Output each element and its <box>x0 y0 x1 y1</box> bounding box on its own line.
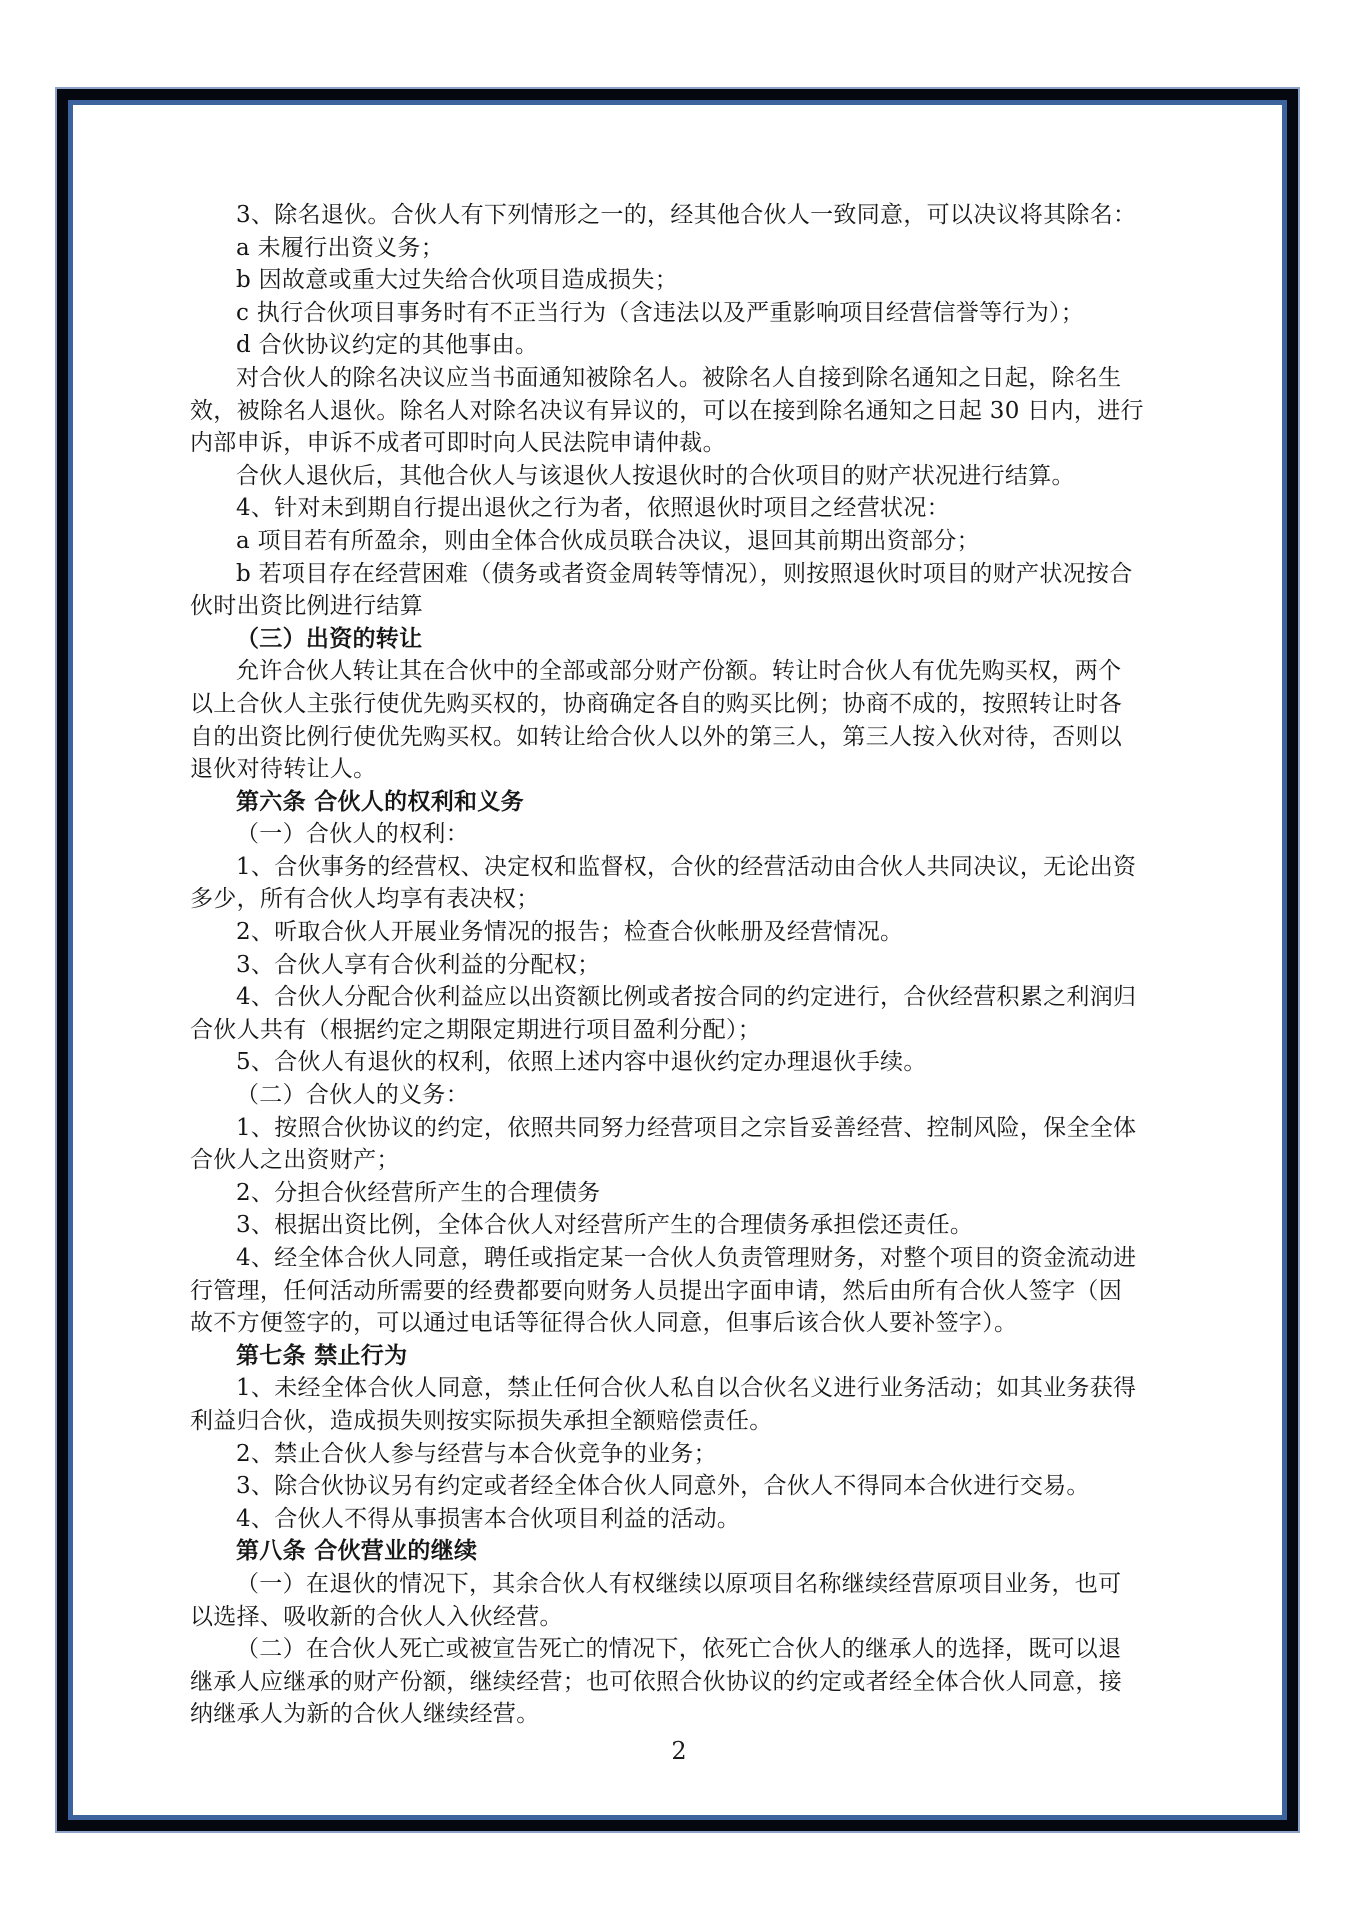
text-line: 3、根据出资比例，全体合伙人对经营所产生的合理债务承担偿还责任。 <box>190 1209 1175 1242</box>
text-line: 行管理，任何活动所需要的经费都要向财务人员提出字面申请，然后由所有合伙人签字（因 <box>190 1275 1175 1308</box>
text-line: 1、合伙事务的经营权、决定权和监督权，合伙的经营活动由合伙人共同决议，无论出资 <box>190 851 1175 884</box>
text-line: 5、合伙人有退伙的权利，依照上述内容中退伙约定办理退伙手续。 <box>190 1046 1175 1079</box>
text-line: 退伙对待转让人。 <box>190 753 1175 786</box>
text-line: （二）在合伙人死亡或被宣告死亡的情况下，依死亡合伙人的继承人的选择，既可以退 <box>190 1633 1175 1666</box>
text-line: 3、除名退伙。合伙人有下列情形之一的，经其他合伙人一致同意，可以决议将其除名： <box>190 199 1175 232</box>
text-line: a 未履行出资义务； <box>190 232 1175 265</box>
text-line: 以选择、吸收新的合伙人入伙经营。 <box>190 1601 1175 1634</box>
text-line: d 合伙协议约定的其他事由。 <box>190 329 1175 362</box>
text-line: 利益归合伙，造成损失则按实际损失承担全额赔偿责任。 <box>190 1405 1175 1438</box>
text-line: （二）合伙人的义务： <box>190 1079 1175 1112</box>
text-line: 故不方便签字的，可以通过电话等征得合伙人同意，但事后该合伙人要补签字）。 <box>190 1307 1175 1340</box>
text-line: （一）合伙人的权利： <box>190 818 1175 851</box>
text-line: （一）在退伙的情况下，其余合伙人有权继续以原项目名称继续经营原项目业务，也可 <box>190 1568 1175 1601</box>
document-page: { "document": { "page_number": "2", "lin… <box>0 0 1358 1920</box>
heading-line: 第六条 合伙人的权利和义务 <box>190 786 1175 819</box>
text-line: 合伙人共有（根据约定之期限定期进行项目盈利分配）； <box>190 1014 1175 1047</box>
text-line: 伙时出资比例进行结算 <box>190 590 1175 623</box>
text-line: 2、禁止合伙人参与经营与本合伙竞争的业务； <box>190 1438 1175 1471</box>
text-line: 继承人应继承的财产份额，继续经营；也可依照合伙协议的约定或者经全体合伙人同意，接 <box>190 1666 1175 1699</box>
text-line: 4、针对未到期自行提出退伙之行为者，依照退伙时项目之经营状况： <box>190 492 1175 525</box>
text-line: 对合伙人的除名决议应当书面通知被除名人。被除名人自接到除名通知之日起，除名生 <box>190 362 1175 395</box>
text-line: 内部申诉，申诉不成者可即时向人民法院申请仲裁。 <box>190 427 1175 460</box>
text-line: 以上合伙人主张行使优先购买权的，协商确定各自的购买比例；协商不成的，按照转让时各 <box>190 688 1175 721</box>
text-line: 2、分担合伙经营所产生的合理债务 <box>190 1177 1175 1210</box>
text-line: a 项目若有所盈余，则由全体合伙成员联合决议，退回其前期出资部分； <box>190 525 1175 558</box>
text-line: 4、合伙人分配合伙利益应以出资额比例或者按合同的约定进行，合伙经营积累之利润归 <box>190 981 1175 1014</box>
page-number: 2 <box>0 1737 1358 1765</box>
text-line: 效，被除名人退伙。除名人对除名决议有异议的，可以在接到除名通知之日起 30 日内… <box>190 395 1175 428</box>
heading-line: 第七条 禁止行为 <box>190 1340 1175 1373</box>
text-line: 自的出资比例行使优先购买权。如转让给合伙人以外的第三人，第三人按入伙对待，否则以 <box>190 721 1175 754</box>
text-line: 合伙人退伙后，其他合伙人与该退伙人按退伙时的合伙项目的财产状况进行结算。 <box>190 460 1175 493</box>
text-line: 3、合伙人享有合伙利益的分配权； <box>190 949 1175 982</box>
text-line: 1、未经全体合伙人同意，禁止任何合伙人私自以合伙名义进行业务活动；如其业务获得 <box>190 1372 1175 1405</box>
text-line: 1、按照合伙协议的约定，依照共同努力经营项目之宗旨妥善经营、控制风险，保全全体 <box>190 1112 1175 1145</box>
heading-line: 第八条 合伙营业的继续 <box>190 1535 1175 1568</box>
text-line: 2、听取合伙人开展业务情况的报告；检查合伙帐册及经营情况。 <box>190 916 1175 949</box>
text-line: 4、合伙人不得从事损害本合伙项目利益的活动。 <box>190 1503 1175 1536</box>
text-line: 纳继承人为新的合伙人继续经营。 <box>190 1698 1175 1731</box>
text-line: 合伙人之出资财产； <box>190 1144 1175 1177</box>
text-block: 3、除名退伙。合伙人有下列情形之一的，经其他合伙人一致同意，可以决议将其除名：a… <box>190 199 1175 1731</box>
text-line: 4、经全体合伙人同意，聘任或指定某一合伙人负责管理财务，对整个项目的资金流动进 <box>190 1242 1175 1275</box>
text-line: 多少，所有合伙人均享有表决权； <box>190 883 1175 916</box>
heading-line: （三）出资的转让 <box>190 623 1175 656</box>
text-line: 允许合伙人转让其在合伙中的全部或部分财产份额。转让时合伙人有优先购买权，两个 <box>190 655 1175 688</box>
text-line: b 若项目存在经营困难（债务或者资金周转等情况），则按照退伙时项目的财产状况按合 <box>190 558 1175 591</box>
text-line: 3、除合伙协议另有约定或者经全体合伙人同意外，合伙人不得同本合伙进行交易。 <box>190 1470 1175 1503</box>
text-line: c 执行合伙项目事务时有不正当行为（含违法以及严重影响项目经营信誉等行为）； <box>190 297 1175 330</box>
text-line: b 因故意或重大过失给合伙项目造成损失； <box>190 264 1175 297</box>
